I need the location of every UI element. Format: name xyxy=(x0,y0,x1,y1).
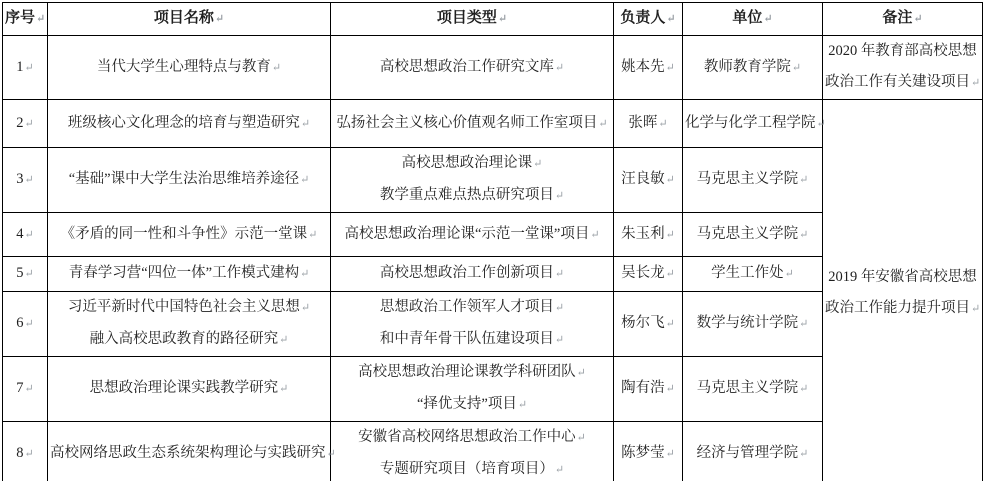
row-number: 2↵ xyxy=(5,108,45,140)
project-leader: 陈梦莹↵ xyxy=(616,438,680,470)
project-unit: 化学与化学工程学院↵ xyxy=(685,108,820,140)
paragraph-mark-icon: ↵ xyxy=(36,13,45,25)
paragraph-mark-icon: ↵ xyxy=(658,118,667,130)
project-type-line: “择优支持”项目↵ xyxy=(333,389,611,421)
paragraph-mark-icon: ↵ xyxy=(817,118,826,130)
project-unit: 数学与统计学院↵ xyxy=(685,308,820,340)
cell-remark-2020: 2020 年教育部高校思想 政治工作有关建设项目↵ xyxy=(823,36,983,100)
paragraph-mark-icon: ↵ xyxy=(666,229,675,241)
project-type-line: 和中青年骨干队伍建设项目↵ xyxy=(333,324,611,356)
paragraph-mark-icon: ↵ xyxy=(666,318,675,330)
project-leader: 吴长龙↵ xyxy=(616,258,680,290)
paragraph-mark-icon: ↵ xyxy=(799,318,808,330)
paragraph-mark-icon: ↵ xyxy=(518,399,527,411)
project-type-line: 专题研究项目（培育项目）↵ xyxy=(333,454,611,481)
paragraph-mark-icon: ↵ xyxy=(763,13,772,25)
paragraph-mark-icon: ↵ xyxy=(308,229,317,241)
paragraph-mark-icon: ↵ xyxy=(25,174,34,186)
project-leader: 张晖↵ xyxy=(616,108,680,140)
paragraph-mark-icon: ↵ xyxy=(590,229,599,241)
cell-name: “基础”课中大学生法治思维培养途径↵ xyxy=(48,148,331,213)
table-row: 2↵ 班级核心文化理念的培育与塑造研究↵ 弘扬社会主义核心价值观名师工作室项目↵… xyxy=(3,100,983,148)
paragraph-mark-icon: ↵ xyxy=(279,383,288,395)
cell-no: 2↵ xyxy=(3,100,48,148)
project-name-line: 习近平新时代中国特色社会主义思想↵ xyxy=(50,292,328,324)
paragraph-mark-icon: ↵ xyxy=(555,464,564,476)
paragraph-mark-icon: ↵ xyxy=(577,367,586,379)
paragraph-mark-icon: ↵ xyxy=(25,62,34,74)
project-type-line: 教学重点难点热点研究项目↵ xyxy=(333,180,611,212)
paragraph-mark-icon: ↵ xyxy=(785,268,794,280)
paragraph-mark-icon: ↵ xyxy=(598,118,607,130)
paragraph-mark-icon: ↵ xyxy=(25,318,34,330)
project-type-line: 高校思想政治理论课↵ xyxy=(333,148,611,180)
paragraph-mark-icon: ↵ xyxy=(301,302,310,314)
cell-type: 高校思想政治理论课“示范一堂课”项目↵ xyxy=(331,213,614,257)
header-row: 序号↵ 项目名称↵ 项目类型↵ 负责人↵ 单位↵ 备注↵ xyxy=(3,3,983,36)
project-leader: 朱玉利↵ xyxy=(616,219,680,251)
row-number: 5↵ xyxy=(5,258,45,290)
project-leader: 汪良敏↵ xyxy=(616,164,680,196)
paragraph-mark-icon: ↵ xyxy=(971,77,980,89)
project-leader: 陶有浩↵ xyxy=(616,373,680,405)
cell-leader: 汪良敏↵ xyxy=(614,148,683,213)
cell-leader: 张晖↵ xyxy=(614,100,683,148)
cell-type: 安徽省高校网络思想政治工作中心↵ 专题研究项目（培育项目）↵ xyxy=(331,422,614,481)
project-name: 班级核心文化理念的培育与塑造研究↵ xyxy=(50,108,328,140)
cell-name: 班级核心文化理念的培育与塑造研究↵ xyxy=(48,100,331,148)
cell-name: 思想政治理论课实践教学研究↵ xyxy=(48,357,331,422)
project-unit: 学生工作处↵ xyxy=(685,258,820,290)
cell-no: 6↵ xyxy=(3,292,48,357)
paragraph-mark-icon: ↵ xyxy=(792,62,801,74)
cell-name: 《矛盾的同一性和斗争性》示范一堂课↵ xyxy=(48,213,331,257)
cell-type: 弘扬社会主义核心价值观名师工作室项目↵ xyxy=(331,100,614,148)
project-name: 高校网络思政生态系统架构理论与实践研究↵ xyxy=(50,438,328,470)
paragraph-mark-icon: ↵ xyxy=(25,118,34,130)
cell-no: 5↵ xyxy=(3,257,48,292)
cell-unit: 教师教育学院↵ xyxy=(683,36,823,100)
project-unit: 马克思主义学院↵ xyxy=(685,373,820,405)
cell-name: 高校网络思政生态系统架构理论与实践研究↵ xyxy=(48,422,331,481)
cell-leader: 杨尔飞↵ xyxy=(614,292,683,357)
cell-type: 高校思想政治工作创新项目↵ xyxy=(331,257,614,292)
header-label-name: 项目名称↵ xyxy=(50,3,328,35)
cell-leader: 吴长龙↵ xyxy=(614,257,683,292)
paragraph-mark-icon: ↵ xyxy=(555,62,564,74)
header-cell-remark: 备注↵ xyxy=(823,3,983,36)
paragraph-mark-icon: ↵ xyxy=(666,13,675,25)
project-name: “基础”课中大学生法治思维培养途径↵ xyxy=(50,164,328,196)
project-name: 《矛盾的同一性和斗争性》示范一堂课↵ xyxy=(50,219,328,251)
paragraph-mark-icon: ↵ xyxy=(279,334,288,346)
table-row: 1↵ 当代大学生心理特点与教育↵ 高校思想政治工作研究文库↵ 姚本先↵ 教师教育… xyxy=(3,36,983,100)
row-number: 4↵ xyxy=(5,219,45,251)
header-label-leader: 负责人↵ xyxy=(616,3,680,35)
paragraph-mark-icon: ↵ xyxy=(555,190,564,202)
paragraph-mark-icon: ↵ xyxy=(498,13,507,25)
header-label-no: 序号↵ xyxy=(5,3,45,35)
paragraph-mark-icon: ↵ xyxy=(301,118,310,130)
paragraph-mark-icon: ↵ xyxy=(799,383,808,395)
header-label-type: 项目类型↵ xyxy=(333,3,611,35)
project-leader: 姚本先↵ xyxy=(616,52,680,84)
cell-leader: 姚本先↵ xyxy=(614,36,683,100)
project-name: 青春学习营“四位一体”工作模式建构↵ xyxy=(50,258,328,290)
cell-no: 8↵ xyxy=(3,422,48,481)
paragraph-mark-icon: ↵ xyxy=(666,383,675,395)
cell-type: 高校思想政治理论课教学科研团队↵ “择优支持”项目↵ xyxy=(331,357,614,422)
cell-no: 7↵ xyxy=(3,357,48,422)
project-name-line: 融入高校思政教育的路径研究↵ xyxy=(50,324,328,356)
paragraph-mark-icon: ↵ xyxy=(799,448,808,460)
paragraph-mark-icon: ↵ xyxy=(666,448,675,460)
project-type: 高校思想政治工作创新项目↵ xyxy=(333,258,611,290)
cell-leader: 陶有浩↵ xyxy=(614,357,683,422)
paragraph-mark-icon: ↵ xyxy=(666,62,675,74)
header-cell-unit: 单位↵ xyxy=(683,3,823,36)
paragraph-mark-icon: ↵ xyxy=(533,158,542,170)
paragraph-mark-icon: ↵ xyxy=(555,334,564,346)
header-cell-name: 项目名称↵ xyxy=(48,3,331,36)
row-number: 3↵ xyxy=(5,164,45,196)
cell-unit: 马克思主义学院↵ xyxy=(683,148,823,213)
cell-leader: 朱玉利↵ xyxy=(614,213,683,257)
project-unit: 经济与管理学院↵ xyxy=(685,438,820,470)
cell-no: 3↵ xyxy=(3,148,48,213)
paragraph-mark-icon: ↵ xyxy=(25,268,34,280)
paragraph-mark-icon: ↵ xyxy=(666,174,675,186)
header-cell-no: 序号↵ xyxy=(3,3,48,36)
paragraph-mark-icon: ↵ xyxy=(25,383,34,395)
cell-type: 高校思想政治工作研究文库↵ xyxy=(331,36,614,100)
cell-leader: 陈梦莹↵ xyxy=(614,422,683,481)
cell-type: 思想政治工作领军人才项目↵ 和中青年骨干队伍建设项目↵ xyxy=(331,292,614,357)
paragraph-mark-icon: ↵ xyxy=(799,229,808,241)
paragraph-mark-icon: ↵ xyxy=(25,448,34,460)
header-label-remark: 备注↵ xyxy=(825,3,980,35)
cell-unit: 数学与统计学院↵ xyxy=(683,292,823,357)
cell-name: 青春学习营“四位一体”工作模式建构↵ xyxy=(48,257,331,292)
project-unit: 马克思主义学院↵ xyxy=(685,219,820,251)
paragraph-mark-icon: ↵ xyxy=(666,268,675,280)
project-type: 高校思想政治工作研究文库↵ xyxy=(333,52,611,84)
project-unit: 教师教育学院↵ xyxy=(685,52,820,84)
remark-line: 2020 年教育部高校思想 xyxy=(825,36,980,67)
project-unit: 马克思主义学院↵ xyxy=(685,164,820,196)
paragraph-mark-icon: ↵ xyxy=(555,268,564,280)
row-number: 7↵ xyxy=(5,373,45,405)
paragraph-mark-icon: ↵ xyxy=(555,302,564,314)
header-cell-type: 项目类型↵ xyxy=(331,3,614,36)
cell-unit: 化学与化学工程学院↵ xyxy=(683,100,823,148)
row-number: 6↵ xyxy=(5,308,45,340)
paragraph-mark-icon: ↵ xyxy=(799,174,808,186)
project-type: 弘扬社会主义核心价值观名师工作室项目↵ xyxy=(333,108,611,140)
paragraph-mark-icon: ↵ xyxy=(327,448,336,460)
paragraph-mark-icon: ↵ xyxy=(215,13,224,25)
project-type-line: 思想政治工作领军人才项目↵ xyxy=(333,292,611,324)
projects-table: 序号↵ 项目名称↵ 项目类型↵ 负责人↵ 单位↵ 备注↵ 1↵ 当代大学生心理特… xyxy=(2,2,983,481)
project-name: 当代大学生心理特点与教育↵ xyxy=(50,52,328,84)
paragraph-mark-icon: ↵ xyxy=(272,62,281,74)
cell-unit: 学生工作处↵ xyxy=(683,257,823,292)
project-name: 思想政治理论课实践教学研究↵ xyxy=(50,373,328,405)
cell-type: 高校思想政治理论课↵ 教学重点难点热点研究项目↵ xyxy=(331,148,614,213)
row-number: 8↵ xyxy=(5,438,45,470)
header-cell-leader: 负责人↵ xyxy=(614,3,683,36)
paragraph-mark-icon: ↵ xyxy=(25,229,34,241)
project-leader: 杨尔飞↵ xyxy=(616,308,680,340)
remark-line: 2019 年安徽省高校思想 xyxy=(825,262,980,293)
cell-name: 当代大学生心理特点与教育↵ xyxy=(48,36,331,100)
cell-no: 1↵ xyxy=(3,36,48,100)
remark-line: 政治工作能力提升项目↵ xyxy=(825,293,980,325)
remark-line: 政治工作有关建设项目↵ xyxy=(825,67,980,99)
cell-name: 习近平新时代中国特色社会主义思想↵ 融入高校思政教育的路径研究↵ xyxy=(48,292,331,357)
cell-unit: 经济与管理学院↵ xyxy=(683,422,823,481)
cell-remark-2019-merged: 2019 年安徽省高校思想 政治工作能力提升项目↵ xyxy=(823,100,983,481)
cell-unit: 马克思主义学院↵ xyxy=(683,357,823,422)
project-type: 高校思想政治理论课“示范一堂课”项目↵ xyxy=(333,219,611,251)
cell-no: 4↵ xyxy=(3,213,48,257)
cell-unit: 马克思主义学院↵ xyxy=(683,213,823,257)
row-number: 1↵ xyxy=(5,52,45,84)
paragraph-mark-icon: ↵ xyxy=(300,174,309,186)
project-type-line: 高校思想政治理论课教学科研团队↵ xyxy=(333,357,611,389)
paragraph-mark-icon: ↵ xyxy=(971,303,980,315)
header-label-unit: 单位↵ xyxy=(685,3,820,35)
project-type-line: 安徽省高校网络思想政治工作中心↵ xyxy=(333,422,611,454)
paragraph-mark-icon: ↵ xyxy=(577,432,586,444)
paragraph-mark-icon: ↵ xyxy=(913,13,922,25)
paragraph-mark-icon: ↵ xyxy=(300,268,309,280)
